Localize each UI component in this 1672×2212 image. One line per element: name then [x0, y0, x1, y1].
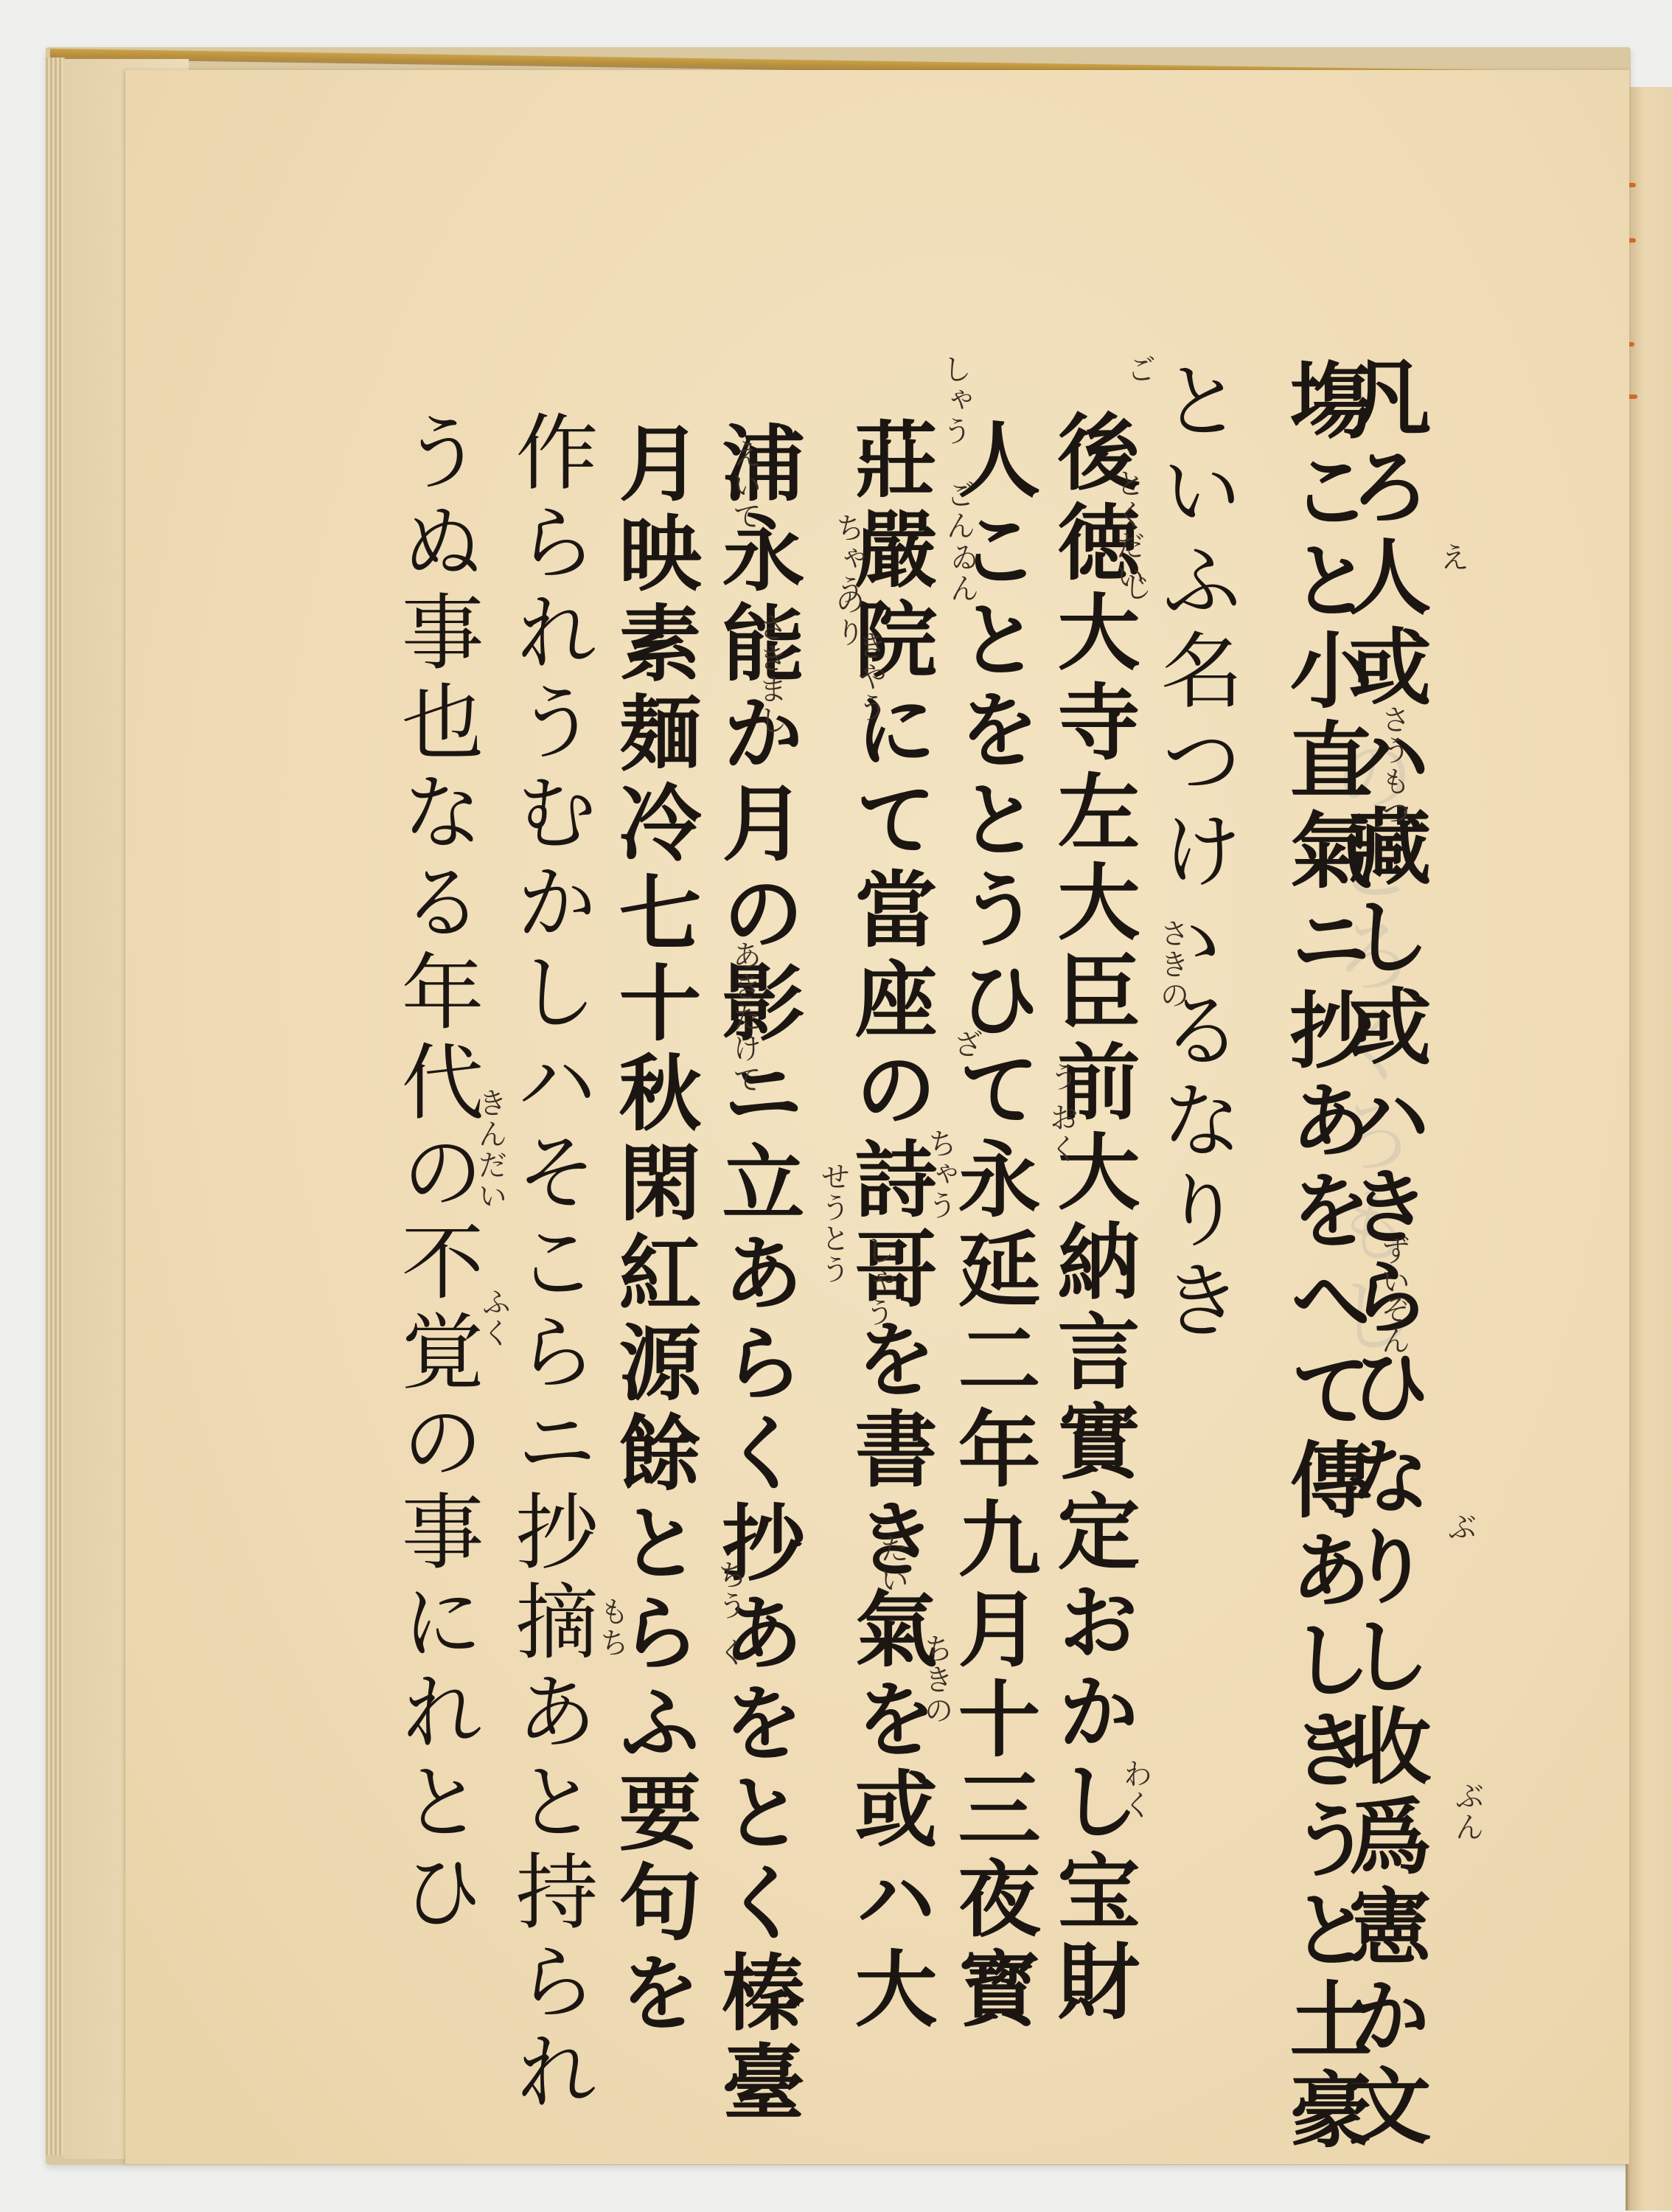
furigana: おく: [1047, 1102, 1076, 1164]
text-column-10: うぬ事也なる年代の不覚の事にれとひ: [394, 409, 477, 1938]
furigana: ぶ: [1445, 1512, 1474, 1543]
furigana: え: [1438, 542, 1467, 573]
furigana: ずい: [1379, 1235, 1408, 1297]
furigana: たい: [877, 1534, 907, 1596]
text-column-9: 作られうむかしハそこらニ抄摘あと持られ: [509, 409, 591, 2118]
furigana: く: [715, 1637, 745, 1668]
furigana: ざ: [951, 1029, 980, 1060]
furigana: きんだい: [476, 1088, 505, 1211]
furigana: えいて: [730, 439, 759, 532]
furigana: せうとう: [818, 1161, 848, 1285]
page-stack-edge: [46, 58, 65, 2155]
furigana: さうもつ: [1379, 704, 1408, 828]
furigana: じ: [1121, 571, 1150, 602]
text-column-3: といふ名つけゝるなりき: [1154, 358, 1236, 1347]
manuscript-page: のころくろもし 凡ろ人或ハ藏し或ハきらひなりし收爲憲か文 塲こと小直氣ニ抄あをへ…: [125, 70, 1629, 2164]
furigana: もち: [597, 1596, 627, 1658]
furigana: きやう: [855, 630, 885, 723]
furigana: ご: [1124, 354, 1154, 385]
furigana: ぞん: [1379, 1294, 1408, 1356]
furigana: ゐん: [947, 542, 977, 604]
furigana: あきたけて: [730, 940, 759, 1095]
text-column-5: 人ことをとうひて永延二年九月十三夜寳: [951, 417, 1034, 2036]
furigana: さきの: [1157, 918, 1187, 1011]
text-column-2: 塲こと小直氣ニ抄あをへて傳あしきうと土豪: [1283, 358, 1365, 2157]
furigana: しゃう: [940, 354, 969, 447]
furigana: ちゃう: [925, 1128, 955, 1221]
text-column-8: 月映素麺冷七十秋閑紅源餘とらふ要句を: [612, 420, 694, 2039]
furigana: さきまし: [756, 612, 785, 736]
facing-page-edge: [1626, 87, 1672, 2211]
furigana: わく: [1121, 1759, 1150, 1820]
furigana: ごん: [944, 479, 973, 541]
furigana: ぶん: [1452, 1781, 1482, 1843]
furigana: ふく: [479, 1287, 509, 1349]
furigana: しゃう: [863, 1235, 892, 1328]
furigana: ちう: [715, 1559, 745, 1621]
furigana: ちきの: [922, 1633, 951, 1726]
furigana: う: [1047, 1062, 1076, 1093]
